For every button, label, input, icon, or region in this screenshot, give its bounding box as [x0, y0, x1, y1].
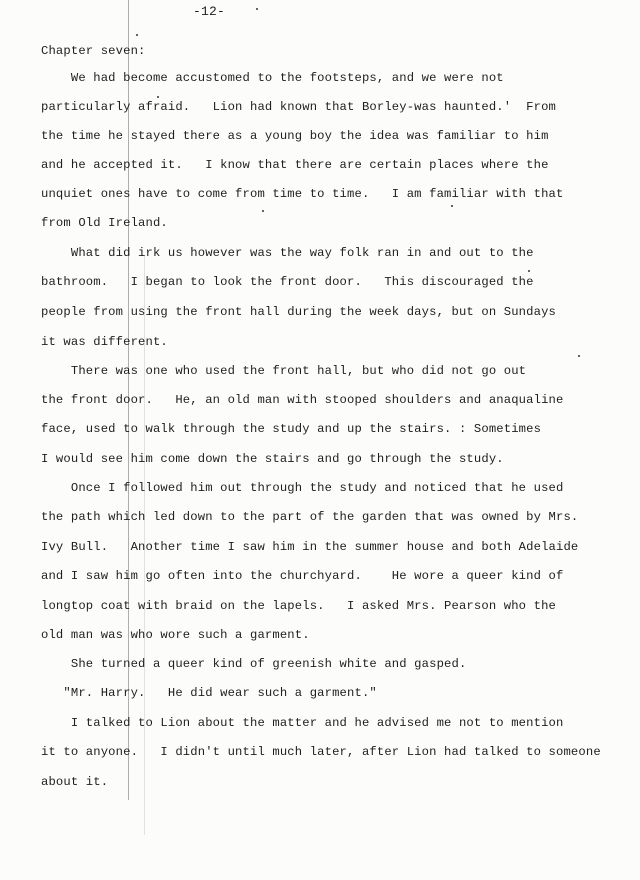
text-line: face, used to walk through the study and… — [41, 422, 541, 436]
text-line: bathroom. I began to look the front door… — [41, 275, 534, 289]
text-line: I talked to Lion about the matter and he… — [41, 716, 563, 730]
scan-speck — [256, 8, 258, 10]
text-line: There was one who used the front hall, b… — [41, 364, 526, 378]
text-line: unquiet ones have to come from time to t… — [41, 187, 563, 201]
text-line: the front door. He, an old man with stoo… — [41, 393, 563, 407]
text-line: and I saw him go often into the churchya… — [41, 569, 563, 583]
text-line: Ivy Bull. Another time I saw him in the … — [41, 540, 578, 554]
scan-speck — [157, 96, 159, 98]
text-line: people from using the front hall during … — [41, 305, 556, 319]
text-line: We had become accustomed to the footstep… — [41, 71, 504, 85]
text-line: old man was who wore such a garment. — [41, 628, 310, 642]
scan-speck — [451, 205, 453, 207]
scan-speck — [136, 34, 138, 36]
text-line: I would see him come down the stairs and… — [41, 452, 504, 466]
scan-speck — [578, 355, 580, 357]
chapter-heading: Chapter seven: — [41, 44, 146, 58]
page-number: -12- — [193, 4, 225, 19]
text-line: longtop coat with braid on the lapels. I… — [41, 599, 556, 613]
text-line: from Old Ireland. — [41, 216, 168, 230]
text-line: the path which led down to the part of t… — [41, 510, 578, 524]
text-line: and he accepted it. I know that there ar… — [41, 158, 549, 172]
text-line: What did irk us however was the way folk… — [41, 246, 534, 260]
text-line: the time he stayed there as a young boy … — [41, 129, 549, 143]
scan-speck — [528, 270, 530, 272]
text-line: "Mr. Harry. He did wear such a garment." — [41, 686, 377, 700]
typewritten-page: -12- Chapter seven: We had become accust… — [0, 0, 640, 880]
text-line: Once I followed him out through the stud… — [41, 481, 563, 495]
text-line: it was different. — [41, 335, 168, 349]
text-line: it to anyone. I didn't until much later,… — [41, 745, 601, 759]
text-line: She turned a queer kind of greenish whit… — [41, 657, 466, 671]
text-line: particularly afraid. Lion had known that… — [41, 100, 556, 114]
scan-speck — [262, 210, 264, 212]
text-line: about it. — [41, 775, 108, 789]
